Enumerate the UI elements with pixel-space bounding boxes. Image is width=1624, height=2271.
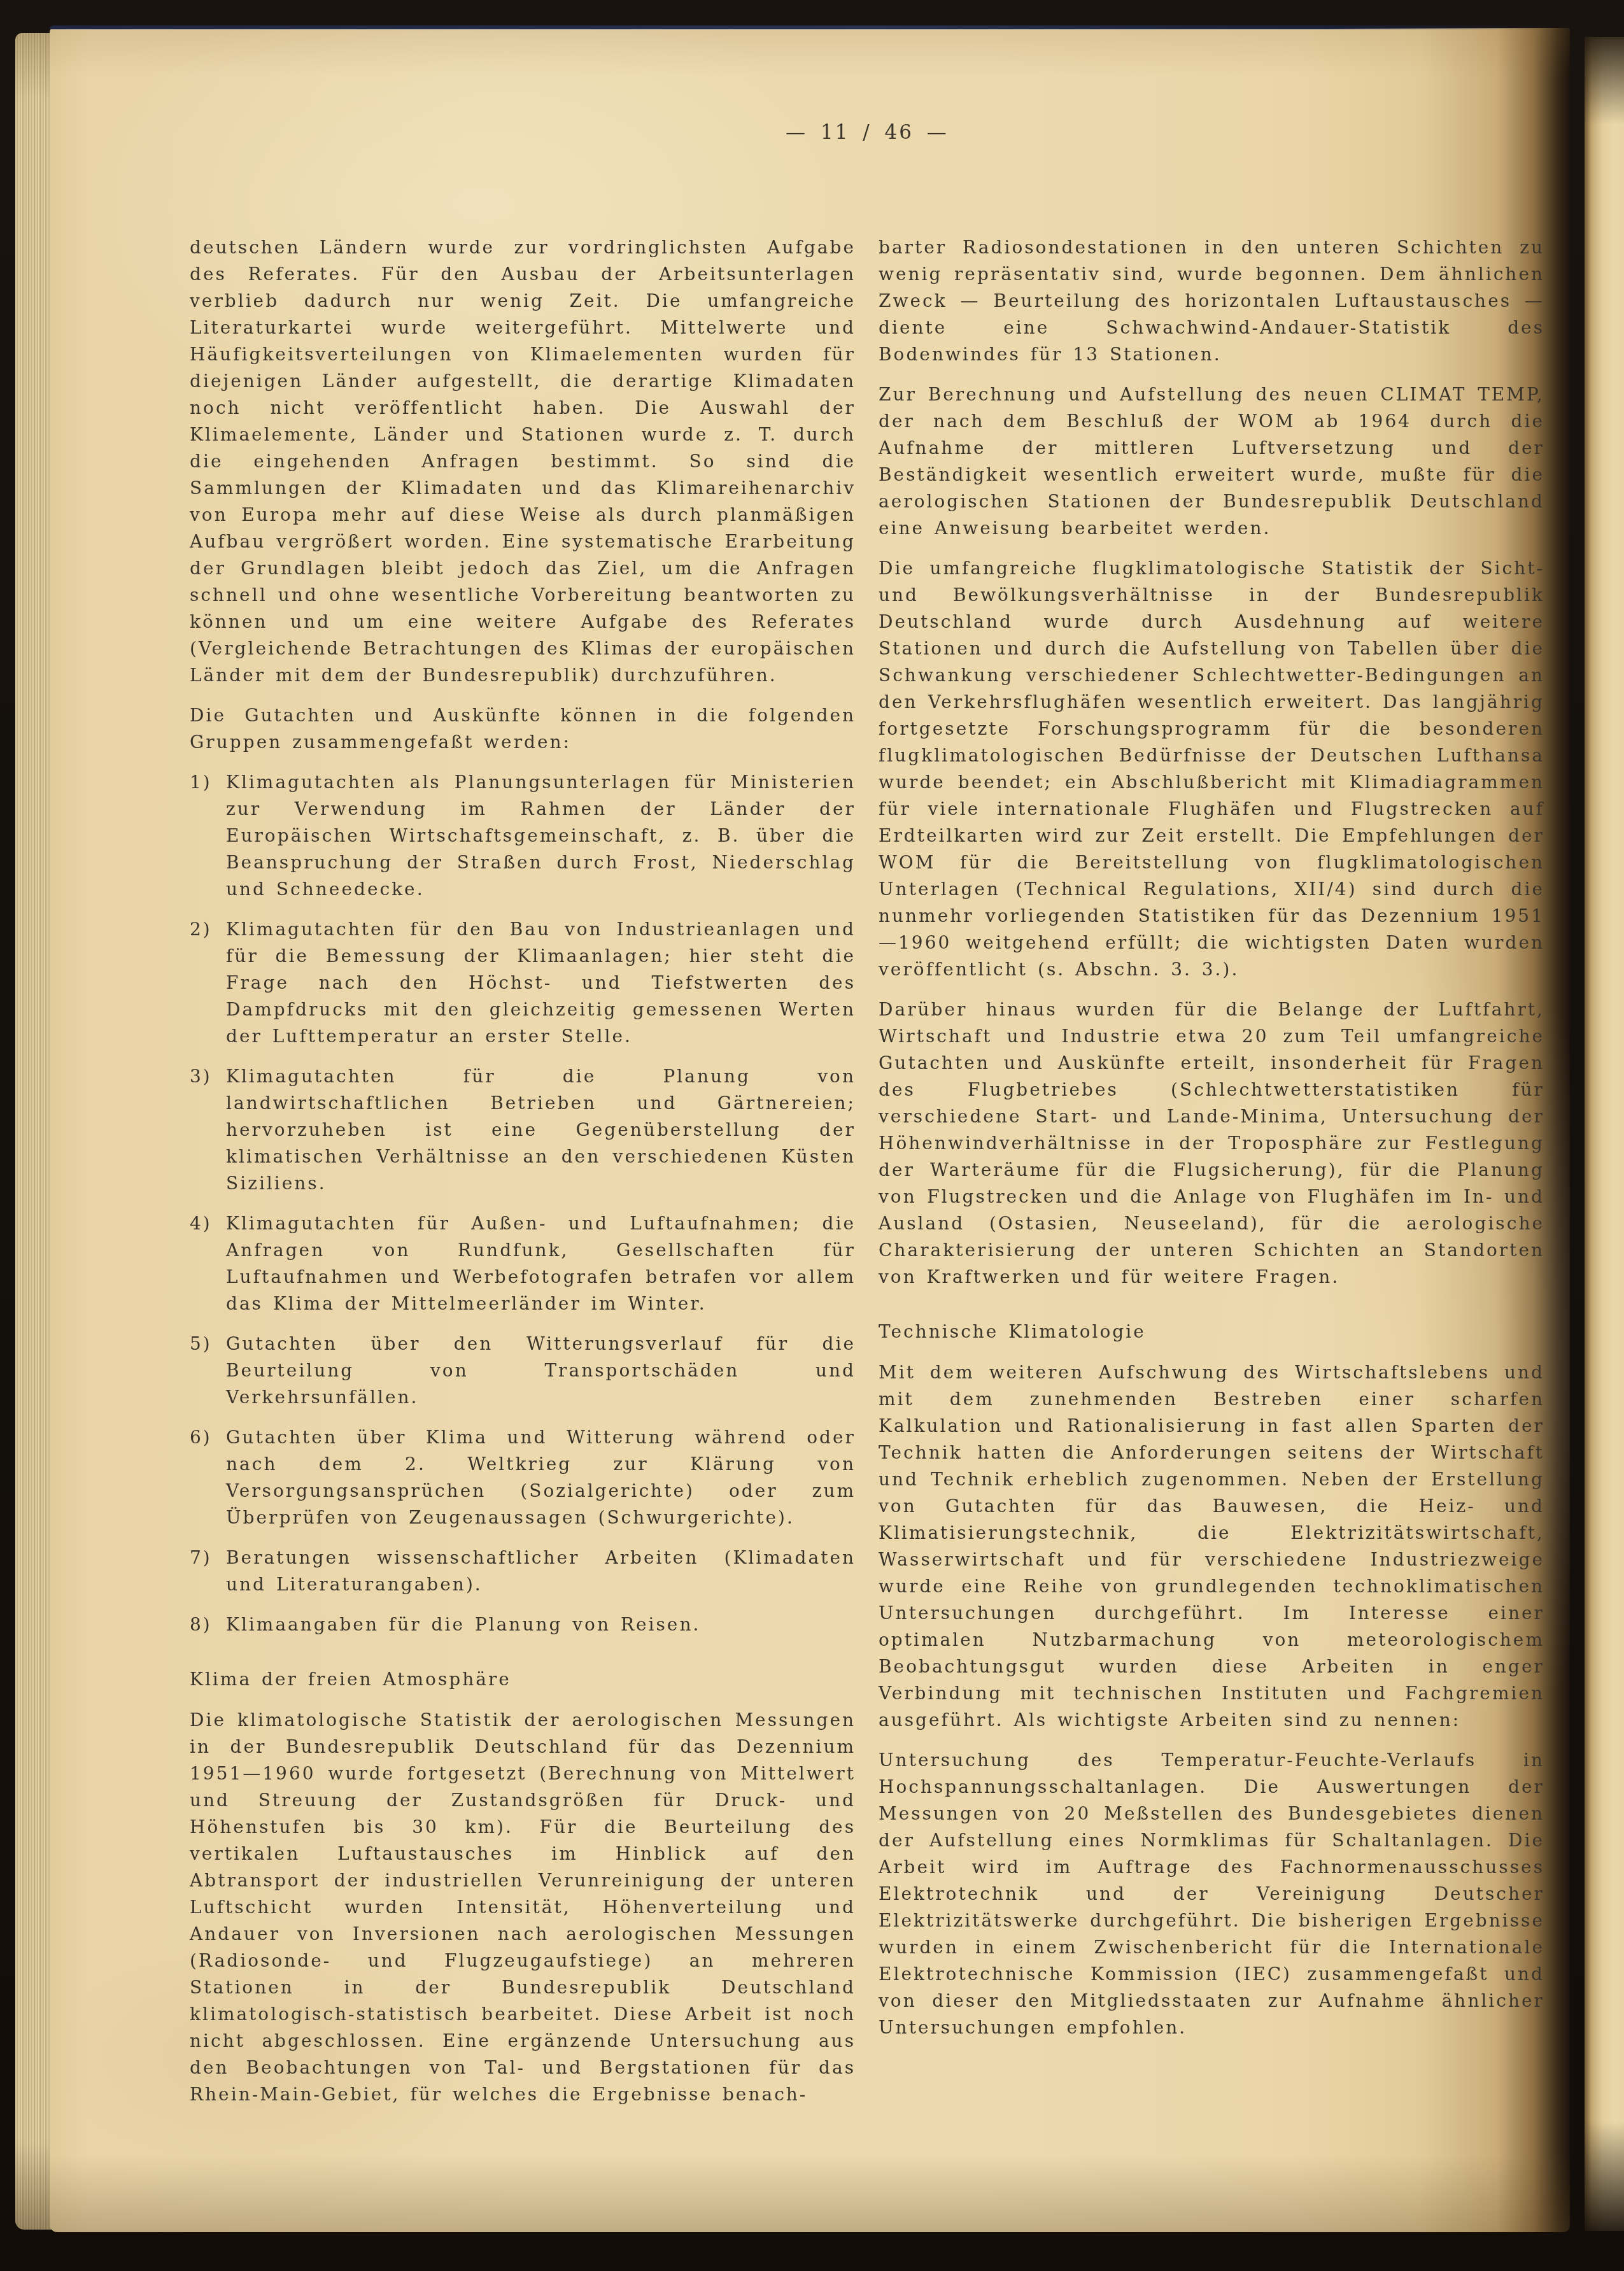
list-item-marker: 1) [190,769,212,796]
paragraph-gutachten-luftfahrt: Darüber hinaus wurden für die Belange de… [879,996,1544,1291]
text-columns: deutschen Ländern wurde zur vordringlich… [190,234,1544,2121]
paragraph-aerologie: Die klimatologische Statistik der aerolo… [190,1707,856,2108]
list-item: 6)Gutachten über Klima und Witterung wäh… [190,1424,856,1531]
list-item-marker: 4) [190,1210,212,1237]
page-stack-edge [15,33,52,2230]
list-item-text: Gutachten über Klima und Witterung währe… [226,1427,856,1528]
list-item-marker: 3) [190,1063,212,1090]
scanned-page: — 11 / 46 — deutschen Ländern wurde zur … [50,28,1570,2232]
paragraph-temperatur-feuchte: Untersuchung des Temperatur-Feuchte-Verl… [879,1747,1544,2041]
list-item-marker: 6) [190,1424,212,1451]
list-item-text: Klimaangaben für die Planung von Reisen. [226,1614,700,1635]
next-page-edge [1585,37,1624,2231]
list-item-marker: 8) [190,1611,212,1638]
section-heading-technische-klimatologie: Technische Klimatologie [879,1319,1544,1345]
paragraph-continuation: deutschen Ländern wurde zur vordringlich… [190,234,856,689]
list-item: 1)Klimagutachten als Planungsunterlagen … [190,769,856,903]
list-item: 4)Klimagutachten für Außen- und Luftaufn… [190,1210,856,1317]
list-item: 7)Beratungen wissenschaftlicher Arbeiten… [190,1545,856,1598]
book-photo: — 11 / 46 — deutschen Ländern wurde zur … [0,0,1624,2271]
paragraph-list-intro: Die Gutachten und Auskünfte können in di… [190,702,856,756]
list-item-marker: 2) [190,916,212,943]
paragraph-continuation: barter Radiosondestationen in den untere… [879,234,1544,368]
list-item: 2)Klimagutachten für den Bau von Industr… [190,916,856,1050]
list-item: 8)Klimaangaben für die Planung von Reise… [190,1611,856,1638]
list-item: 3)Klimagutachten für die Planung von lan… [190,1063,856,1197]
list-item-text: Beratungen wissenschaftlicher Arbeiten (… [226,1547,856,1595]
list-item-marker: 5) [190,1331,212,1357]
list-item: 5)Gutachten über den Witterungsverlauf f… [190,1331,856,1411]
list-item-text: Klimagutachten für die Planung von landw… [226,1066,856,1194]
paragraph-climat-temp: Zur Berechnung und Aufstellung des neuen… [879,381,1544,542]
list-item-text: Klimagutachten für Außen- und Luftaufnah… [226,1213,856,1314]
right-column: barter Radiosondestationen in den untere… [879,234,1544,2121]
list-item-text: Klimagutachten für den Bau von Industrie… [226,919,856,1047]
page-number: — 11 / 46 — [190,121,1544,144]
left-column: deutschen Ländern wurde zur vordringlich… [190,234,856,2121]
list-item-text: Klimagutachten als Planungsunterlagen fü… [226,772,856,900]
list-item-text: Gutachten über den Witterungsverlauf für… [226,1333,856,1408]
section-heading-klima-freie-atmosphaere: Klima der freien Atmosphäre [190,1666,856,1693]
list-item-marker: 7) [190,1545,212,1571]
paragraph-flugklimatologie: Die umfangreiche flugklimatologische Sta… [879,555,1544,983]
paragraph-technische-klimatologie: Mit dem weiteren Aufschwung des Wirtscha… [879,1359,1544,1734]
